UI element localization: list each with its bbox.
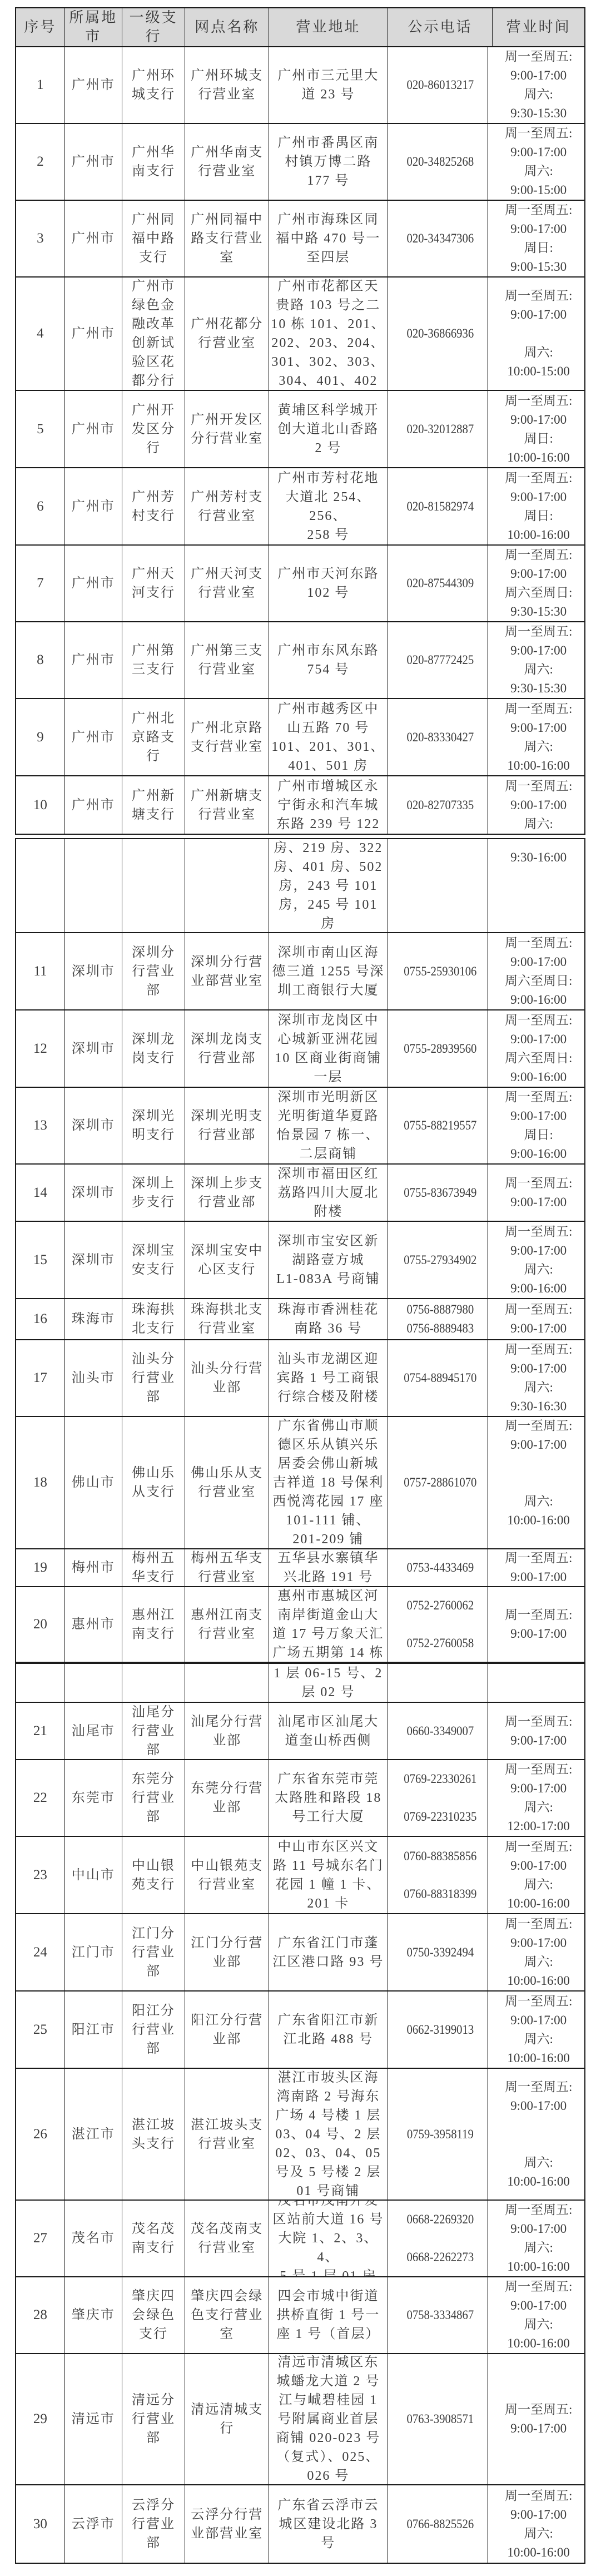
cell-phone: 0760-88385856 0760-88318399: [393, 1837, 488, 1913]
cell-city: 江门市: [65, 1914, 122, 1990]
cell-index: 15: [16, 1222, 65, 1298]
header-address: 营业地址: [269, 8, 388, 46]
cell-address: 深圳市南山区海 德三道 1255 号深 圳工商银行大厦: [269, 933, 388, 1009]
cell-hours: 周一至周五: 9:00-17:00 周六: 10:00-16:00: [493, 2201, 584, 2276]
cell-phone: 0769-22330261 0769-22310235: [393, 1760, 488, 1836]
cell-outlet-name: 深圳宝安中 心区支行: [185, 1222, 269, 1298]
table-row: 1广州市广州环 城支行广州环城支 行营业室广州市三元里大 道 23 号020-8…: [15, 47, 585, 124]
cell-index: 18: [16, 1417, 65, 1548]
cell-outlet-name: 广州华南支 行营业室: [185, 124, 269, 200]
table-row: 25阳江市阳江分 行营业 部阳江分行营 业部广东省阳江市新 江北路 488 号0…: [15, 1992, 585, 2069]
cell-address: 黄埔区科学城开 创大道北山香路 2 号: [269, 391, 388, 467]
cell-city: 云浮市: [65, 2485, 122, 2563]
cell-city: [65, 1664, 122, 1702]
cell-phone: 020-87544309: [393, 546, 488, 621]
table-row: 15深圳市深圳宝 安支行深圳宝安中 心区支行深圳市宝安区新 湖路壹方城 L1-0…: [15, 1222, 585, 1299]
table-row: 3广州市广州同 福中路 支行广州同福中 路支行营业 室广州市海珠区同 福中路 4…: [15, 201, 585, 278]
cell-branch: 湛江坡 头支行: [122, 2069, 186, 2199]
cell-branch: 深圳分 行营业 部: [122, 933, 186, 1009]
cell-address: 房、219 房、322 房、401 房、502 房，243 号 101 房，24…: [269, 839, 388, 932]
table-row: 17汕头市汕头分 行营业 部汕头分行营 业部汕头市龙湖区迎 宾路 1 号工商银 …: [15, 1340, 585, 1417]
cell-index: 29: [16, 2354, 65, 2484]
cell-hours: 周一至周五: 9:00-17:00 周六: 10:00-16:00: [493, 1417, 584, 1548]
cell-branch: 阳江分 行营业 部: [122, 1992, 186, 2068]
cell-branch: 惠州江 南支行: [122, 1587, 186, 1662]
header-index: 序号: [16, 8, 65, 46]
cell-branch: 广州第 三支行: [122, 622, 186, 698]
cell-index: 26: [16, 2069, 65, 2199]
cell-branch: 东莞分 行营业 部: [122, 1760, 186, 1836]
cell-address: 四会市城中街道 拱桥直街 1 号一 座 1 号（首层）: [269, 2277, 388, 2353]
cell-city: 广州市: [65, 278, 122, 390]
table-row: 14深圳市深圳上 步支行深圳上步支 行营业部深圳市福田区红 荔路四川大厦北 附楼…: [15, 1165, 585, 1222]
cell-phone: 0766-8825526: [393, 2485, 488, 2563]
cell-branch: 江门分 行营业 部: [122, 1914, 186, 1990]
cell-phone: 0752-2760062 0752-2760058: [393, 1587, 488, 1662]
cell-outlet-name: 深圳龙岗支 行营业部: [185, 1010, 269, 1087]
cell-hours: 周一至周五: 9:00-17:00 周六: 10:00-15:00: [493, 278, 584, 390]
cell-hours: 周一至周五: 9:00-17:00 周六: 9:30-16:30: [493, 1340, 584, 1416]
cell-city: 广州市: [65, 124, 122, 200]
cell-index: 14: [16, 1165, 65, 1221]
cell-branch: 肇庆四 会绿色 支行: [122, 2277, 186, 2353]
cell-address: 汕头市龙湖区迎 宾路 1 号工商银 行综合楼及附楼: [269, 1340, 388, 1416]
cell-index: [16, 839, 65, 932]
cell-outlet-name: 梅州五华支 行营业室: [185, 1549, 269, 1586]
cell-hours: 周一至周五: 9:00-17:00: [493, 1549, 584, 1586]
cell-phone: 0755-28939560: [393, 1010, 488, 1087]
cell-hours: 周一至周五: 9:00-17:00 周日: 9:00-15:30: [493, 201, 584, 276]
cell-hours: 周一至周五: 9:00-17:00 周六: 10:00-16:00: [493, 2277, 584, 2353]
cell-address: 湛江市坡头区海 湾南路 2 号海东 广场 4 号楼 1 层 03、04 号、2 …: [269, 2069, 388, 2199]
cell-city: 汕头市: [65, 1340, 122, 1416]
cell-address: 广州市天河东路 102 号: [269, 546, 388, 621]
cell-branch: 珠海拱 北支行: [122, 1299, 186, 1339]
cell-branch: 广州环 城支行: [122, 47, 186, 123]
cell-branch: 广州北 京路支 行: [122, 699, 186, 775]
cell-outlet-name: 云浮分行营 业部营业室: [185, 2485, 269, 2563]
cell-index: 1: [16, 47, 65, 123]
cell-phone: 020-86013217: [393, 47, 488, 123]
table-row: 30云浮市云浮分 行营业 部云浮分行营 业部营业室广东省云浮市云 城区建设北路 …: [15, 2485, 585, 2564]
cell-phone: [393, 1664, 488, 1702]
cell-address: 茂名市茂南开发 区站前大道 16 号 大院 1、2、3、4、 5 号 1 层 0…: [269, 2201, 388, 2276]
cell-index: 23: [16, 1837, 65, 1913]
cell-phone: 0757-28861070: [393, 1417, 488, 1548]
cell-hours: 周一至周五: 9:00-17:00 周六: 9:30-15:30: [493, 47, 584, 123]
cell-address: 中山市东区兴文 路 11 号城东名门 花园 1 幢 1 卡、 201 卡: [269, 1837, 388, 1913]
cell-branch: [122, 1664, 186, 1702]
cell-phone: 020-32012887: [393, 391, 488, 467]
table-row-continuation: 1 层 06-15 号、2 层 02 号: [15, 1663, 585, 1703]
cell-index: 24: [16, 1914, 65, 1990]
cell-address: 广州市越秀区中 山五路 70 号 101、201、301、 401、501 房: [269, 699, 388, 775]
cell-outlet-name: 深圳分行营 业部营业室: [185, 933, 269, 1009]
cell-city: 汕尾市: [65, 1703, 122, 1759]
cell-hours: 周一至周五: 9:00-17:00 周日: 10:00-16:00: [493, 468, 584, 544]
cell-hours: 周一至周五: 9:00-17:00: [493, 1165, 584, 1221]
cell-branch: 深圳光 明支行: [122, 1088, 186, 1163]
cell-branch: 深圳上 步支行: [122, 1165, 186, 1221]
cell-address: 广东省江门市蓬 江区港口路 93 号: [269, 1914, 388, 1990]
cell-outlet-name: 广州第三支 行营业室: [185, 622, 269, 698]
cell-outlet-name: 深圳上步支 行营业部: [185, 1165, 269, 1221]
cell-outlet-name: 广州环城支 行营业室: [185, 47, 269, 123]
cell-city: 广州市: [65, 468, 122, 544]
cell-outlet-name: 广州花都分 行营业室: [185, 278, 269, 390]
cell-hours: 周一至周五: 9:00-17:00 周日: 9:00-16:00: [493, 1088, 584, 1163]
table-row: 16珠海市珠海拱 北支行珠海拱北支 行营业室珠海市香洲桂花 南路 36 号075…: [15, 1299, 585, 1340]
cell-city: 广州市: [65, 201, 122, 276]
cell-outlet-name: 阳江分行营 业部: [185, 1992, 269, 2068]
table-row: 5广州市广州开 发区分 行广州开发区 分行营业室黄埔区科学城开 创大道北山香路 …: [15, 391, 585, 468]
cell-hours: 周一至周五: 9:00-17:00: [493, 1299, 584, 1339]
cell-index: 16: [16, 1299, 65, 1339]
cell-branch: 茂名茂 南支行: [122, 2201, 186, 2276]
cell-phone: 0763-3908571: [393, 2354, 488, 2484]
cell-index: 30: [16, 2485, 65, 2563]
table-row: 26湛江市湛江坡 头支行湛江坡头支 行营业室湛江市坡头区海 湾南路 2 号海东 …: [15, 2069, 585, 2201]
cell-city: 珠海市: [65, 1299, 122, 1339]
cell-hours: 周一至周五: 9:00-17:00 周六: 10:00-16:00: [493, 1837, 584, 1913]
table-row: 6广州市广州芳 村支行广州芳村支 行营业室广州市芳村花地 大道北 254、256…: [15, 468, 585, 546]
cell-city: 广州市: [65, 776, 122, 834]
table-row: 18佛山市佛山乐 从支行佛山乐从支 行营业室广东省佛山市顺 德区乐从镇兴乐 居委…: [15, 1417, 585, 1549]
cell-address: 广东省佛山市顺 德区乐从镇兴乐 居委会佛山新城 吉祥道 18 号保利 西悦湾花园…: [269, 1417, 388, 1548]
table-row: 27茂名市茂名茂 南支行茂名茂南支 行营业室茂名市茂南开发 区站前大道 16 号…: [15, 2201, 585, 2277]
cell-hours: 周一至周五: 9:00-17:00 周六: 9:30-15:30: [493, 622, 584, 698]
cell-branch: 广州同 福中路 支行: [122, 201, 186, 276]
cell-phone: 0755-88219557: [393, 1088, 488, 1163]
table-row: 29清远市清远分 行营业 部清远清城支 行清远市清城区东 城蟠龙大道 2 号 江…: [15, 2354, 585, 2485]
table-row: 23中山市中山银 苑支行中山银苑支 行营业室中山市东区兴文 路 11 号城东名门…: [15, 1837, 585, 1914]
cell-city: 肇庆市: [65, 2277, 122, 2353]
table-row: 2广州市广州华 南支行广州华南支 行营业室广州市番禺区南 村镇万博二路 177 …: [15, 124, 585, 201]
table-row: 9广州市广州北 京路支 行广州北京路 支行营业室广州市越秀区中 山五路 70 号…: [15, 699, 585, 776]
header-outlet-name: 网点名称: [185, 8, 269, 46]
cell-city: 东莞市: [65, 1760, 122, 1836]
cell-branch: 广州新 塘支行: [122, 776, 186, 834]
cell-hours: 周一至周五: 9:00-17:00 周六:: [493, 776, 584, 834]
table-row: 28肇庆市肇庆四 会绿色 支行肇庆四会绿 色支行营业 室四会市城中街道 拱桥直街…: [15, 2277, 585, 2354]
cell-branch: 广州市 绿色金 融改革 创新试 验区花 都分行: [122, 278, 186, 390]
cell-branch: [122, 839, 186, 932]
cell-hours: 周一至周五: 9:00-17:00 周六至周日: 9:00-16:00: [493, 1010, 584, 1087]
cell-outlet-name: 广州新塘支 行营业室: [185, 776, 269, 834]
cell-outlet-name: 佛山乐从支 行营业室: [185, 1417, 269, 1548]
cell-hours: 周一至周五: 9:00-17:00: [493, 2354, 584, 2484]
cell-outlet-name: 东莞分行营 业部: [185, 1760, 269, 1836]
cell-city: 湛江市: [65, 2069, 122, 2199]
cell-phone: 020-81582974: [393, 468, 488, 544]
cell-outlet-name: 广州天河支 行营业室: [185, 546, 269, 621]
table-row: 21汕尾市汕尾分 行营业 部汕尾分行营 业部汕尾市区汕尾大 道奎山桥西侧0660…: [15, 1703, 585, 1760]
cell-index: 19: [16, 1549, 65, 1586]
header-phone: 公示电话: [388, 8, 493, 46]
cell-index: 12: [16, 1010, 65, 1087]
cell-city: 茂名市: [65, 2201, 122, 2276]
cell-hours: 周一至周五: 9:00-17:00 周六: 10:00-16:00: [493, 2485, 584, 2563]
cell-branch: 汕尾分 行营业 部: [122, 1703, 186, 1759]
cell-outlet-name: 广州开发区 分行营业室: [185, 391, 269, 467]
cell-city: 深圳市: [65, 933, 122, 1009]
cell-phone: 0755-83673949: [393, 1165, 488, 1221]
cell-outlet-name: [185, 839, 269, 932]
cell-address: 广州市番禺区南 村镇万博二路 177 号: [269, 124, 388, 200]
cell-hours: 周一至周五: 9:00-17:00 周六: 10:00-16:00: [493, 699, 584, 775]
table-row-continuation: 房、219 房、322 房、401 房、502 房，243 号 101 房，24…: [15, 838, 585, 933]
cell-branch: 广州开 发区分 行: [122, 391, 186, 467]
cell-hours: 周一至周五: 9:00-17:00 周六: 12:00-17:00: [493, 1760, 584, 1836]
cell-branch: 广州天 河支行: [122, 546, 186, 621]
cell-address: 广东省东莞市莞 太路胜和路段 18 号工行大厦: [269, 1760, 388, 1836]
cell-hours: 周一至周五: 9:00-17:00: [493, 1587, 584, 1662]
cell-address: 广州市花都区天 贵路 103 号之二 10 栋 101、201、 202、203…: [269, 278, 388, 390]
cell-branch: 梅州五 华支行: [122, 1549, 186, 1586]
cell-index: 6: [16, 468, 65, 544]
cell-city: 广州市: [65, 391, 122, 467]
cell-outlet-name: 深圳光明支 行营业部: [185, 1088, 269, 1163]
cell-city: 深圳市: [65, 1222, 122, 1298]
header-branch: 一级支 行: [122, 8, 186, 46]
cell-index: 11: [16, 933, 65, 1009]
table-row: 7广州市广州天 河支行广州天河支 行营业室广州市天河东路 102 号020-87…: [15, 546, 585, 622]
cell-address: 深圳市福田区红 荔路四川大厦北 附楼: [269, 1165, 388, 1221]
table-row: 20惠州市惠州江 南支行惠州江南支 行营业室惠州市惠城区河 南岸街道金山大 道 …: [15, 1587, 585, 1663]
cell-phone: 020-36866936: [393, 278, 488, 390]
cell-phone: 0755-25930106: [393, 933, 488, 1009]
cell-outlet-name: 湛江坡头支 行营业室: [185, 2069, 269, 2199]
cell-outlet-name: 广州北京路 支行营业室: [185, 699, 269, 775]
cell-outlet-name: 惠州江南支 行营业室: [185, 1587, 269, 1662]
cell-index: 7: [16, 546, 65, 621]
cell-index: 9: [16, 699, 65, 775]
cell-branch: 深圳宝 安支行: [122, 1222, 186, 1298]
cell-index: 13: [16, 1088, 65, 1163]
cell-city: 佛山市: [65, 1417, 122, 1548]
cell-address: 广州市东风东路 754 号: [269, 622, 388, 698]
table-row: 24江门市江门分 行营业 部江门分行营 业部广东省江门市蓬 江区港口路 93 号…: [15, 1914, 585, 1992]
cell-phone: 020-34825268: [393, 124, 488, 200]
table-header: 序号 所属地 市 一级支 行 网点名称 营业地址 公示电话 营业时间: [15, 7, 585, 47]
cell-city: 广州市: [65, 622, 122, 698]
cell-index: 20: [16, 1587, 65, 1662]
cell-address: 广东省云浮市云 城区建设北路 3 号: [269, 2485, 388, 2563]
cell-index: 3: [16, 201, 65, 276]
cell-branch: 广州华 南支行: [122, 124, 186, 200]
cell-hours: 周一至周五: 9:00-17:00 周六至周日: 9:00-16:00: [493, 933, 584, 1009]
cell-city: 深圳市: [65, 1010, 122, 1087]
cell-hours: 周一至周五: 9:00-17:00: [493, 1703, 584, 1759]
cell-address: 深圳市光明新区 光明街道华夏路 怡景园 7 栋一、 二层商铺: [269, 1088, 388, 1163]
cell-index: 25: [16, 1992, 65, 2068]
header-hours: 营业时间: [493, 8, 584, 46]
cell-hours: 9:30-16:00: [493, 839, 584, 932]
cell-city: 广州市: [65, 699, 122, 775]
cell-city: 惠州市: [65, 1587, 122, 1662]
cell-address: 广州市三元里大 道 23 号: [269, 47, 388, 123]
cell-city: 阳江市: [65, 1992, 122, 2068]
cell-index: [16, 1664, 65, 1702]
cell-phone: 0668-2269320 0668-2262273: [393, 2201, 488, 2276]
cell-outlet-name: 肇庆四会绿 色支行营业 室: [185, 2277, 269, 2353]
cell-index: 8: [16, 622, 65, 698]
cell-branch: 广州芳 村支行: [122, 468, 186, 544]
cell-branch: 云浮分 行营业 部: [122, 2485, 186, 2563]
cell-hours: 周一至周五: 9:00-17:00 周六: 9:00-16:00: [493, 1222, 584, 1298]
table-row: 13深圳市深圳光 明支行深圳光明支 行营业部深圳市光明新区 光明街道华夏路 怡景…: [15, 1088, 585, 1165]
cell-index: 5: [16, 391, 65, 467]
cell-city: 中山市: [65, 1837, 122, 1913]
cell-index: 27: [16, 2201, 65, 2276]
cell-address: 广东省阳江市新 江北路 488 号: [269, 1992, 388, 2068]
cell-city: 广州市: [65, 47, 122, 123]
table-row: 10广州市广州新 塘支行广州新塘支 行营业室广州市增城区永 宁街永和汽车城 东路…: [15, 776, 585, 835]
cell-address: 清远市清城区东 城蟠龙大道 2 号 江与峸碧桂园 1 号附属商业首层 商铺 02…: [269, 2354, 388, 2484]
cell-outlet-name: 汕头分行营 业部: [185, 1340, 269, 1416]
cell-hours: 周一至周五: 9:00-17:00 周六: 10:00-16:00: [493, 1992, 584, 2068]
cell-address: 五华县水寨镇华 兴北路 191 号: [269, 1549, 388, 1586]
cell-address: 1 层 06-15 号、2 层 02 号: [269, 1664, 388, 1702]
table-row: 22东莞市东莞分 行营业 部东莞分行营 业部广东省东莞市莞 太路胜和路段 18 …: [15, 1760, 585, 1837]
cell-city: 深圳市: [65, 1165, 122, 1221]
cell-city: [65, 839, 122, 932]
cell-phone: 0753-4433469: [393, 1549, 488, 1586]
cell-outlet-name: [185, 1664, 269, 1702]
cell-address: 广州市芳村花地 大道北 254、256、 258 号: [269, 468, 388, 544]
cell-address: 汕尾市区汕尾大 道奎山桥西侧: [269, 1703, 388, 1759]
cell-branch: 清远分 行营业 部: [122, 2354, 186, 2484]
cell-hours: 周一至周五: 9:00-17:00 周日: 10:00-16:00: [493, 391, 584, 467]
cell-phone: 0755-27934902: [393, 1222, 488, 1298]
cell-phone: 0750-3392494: [393, 1914, 488, 1990]
cell-hours: 周一至周五: 9:00-17:00 周六: 10:00-16:00: [493, 2069, 584, 2199]
table-row: 4广州市广州市 绿色金 融改革 创新试 验区花 都分行广州花都分 行营业室广州市…: [15, 278, 585, 391]
cell-branch: 佛山乐 从支行: [122, 1417, 186, 1548]
cell-phone: 020-34347306: [393, 201, 488, 276]
cell-address: 深圳市龙岗区中 心城新亚洲花园 10 区商业街商铺 一层: [269, 1010, 388, 1087]
cell-index: 2: [16, 124, 65, 200]
cell-address: 广州市增城区永 宁街永和汽车城 东路 239 号 122: [269, 776, 388, 834]
cell-outlet-name: 汕尾分行营 业部: [185, 1703, 269, 1759]
cell-index: 21: [16, 1703, 65, 1759]
cell-outlet-name: 广州芳村支 行营业室: [185, 468, 269, 544]
cell-phone: 020-83330427: [393, 699, 488, 775]
cell-hours: [493, 1664, 584, 1702]
cell-city: 深圳市: [65, 1088, 122, 1163]
cell-phone: 0759-3958119: [393, 2069, 488, 2199]
cell-hours: 周一至周五: 9:00-17:00 周六: 10:00-16:00: [493, 1914, 584, 1990]
cell-address: 珠海市香洲桂花 南路 36 号: [269, 1299, 388, 1339]
cell-phone: 0662-3199013: [393, 1992, 488, 2068]
cell-phone: 0758-3334867: [393, 2277, 488, 2353]
cell-address: 惠州市惠城区河 南岸街道金山大 道 17 号万象天汇 广场五期第 14 栋: [269, 1587, 388, 1662]
table-row: 19梅州市梅州五 华支行梅州五华支 行营业室五华县水寨镇华 兴北路 191 号0…: [15, 1549, 585, 1587]
cell-phone: 020-82707335: [393, 776, 488, 834]
cell-phone: 020-87772425: [393, 622, 488, 698]
cell-address: 深圳市宝安区新 湖路壹方城 L1-083A 号商铺: [269, 1222, 388, 1298]
cell-address: 广州市海珠区同 福中路 470 号一 至四层: [269, 201, 388, 276]
cell-outlet-name: 茂名茂南支 行营业室: [185, 2201, 269, 2276]
cell-outlet-name: 中山银苑支 行营业室: [185, 1837, 269, 1913]
cell-branch: 深圳龙 岗支行: [122, 1010, 186, 1087]
table-row: 8广州市广州第 三支行广州第三支 行营业室广州市东风东路 754 号020-87…: [15, 622, 585, 699]
cell-phone: [393, 839, 488, 932]
cell-city: 广州市: [65, 546, 122, 621]
cell-index: 10: [16, 776, 65, 834]
cell-outlet-name: 江门分行营 业部: [185, 1914, 269, 1990]
cell-index: 4: [16, 278, 65, 390]
cell-outlet-name: 珠海拱北支 行营业室: [185, 1299, 269, 1339]
cell-city: 清远市: [65, 2354, 122, 2484]
table-row: 12深圳市深圳龙 岗支行深圳龙岗支 行营业部深圳市龙岗区中 心城新亚洲花园 10…: [15, 1010, 585, 1088]
cell-index: 22: [16, 1760, 65, 1836]
cell-outlet-name: 清远清城支 行: [185, 2354, 269, 2484]
cell-hours: 周一至周五: 9:00-17:00 周六: 9:00-15:00: [493, 124, 584, 200]
cell-city: 梅州市: [65, 1549, 122, 1586]
cell-phone: 0660-3349007: [393, 1703, 488, 1759]
cell-branch: 汕头分 行营业 部: [122, 1340, 186, 1416]
cell-branch: 中山银 苑支行: [122, 1837, 186, 1913]
cell-outlet-name: 广州同福中 路支行营业 室: [185, 201, 269, 276]
cell-phone: 0754-88945170: [393, 1340, 488, 1416]
cell-phone: 0756-8887980 0756-8889483: [393, 1299, 488, 1339]
table-row: 11深圳市深圳分 行营业 部深圳分行营 业部营业室深圳市南山区海 德三道 125…: [15, 933, 585, 1010]
cell-hours: 周一至周五: 9:00-17:00 周六至周日: 9:30-15:30: [493, 546, 584, 621]
cell-index: 17: [16, 1340, 65, 1416]
header-city: 所属地 市: [65, 8, 122, 46]
cell-index: 28: [16, 2277, 65, 2353]
